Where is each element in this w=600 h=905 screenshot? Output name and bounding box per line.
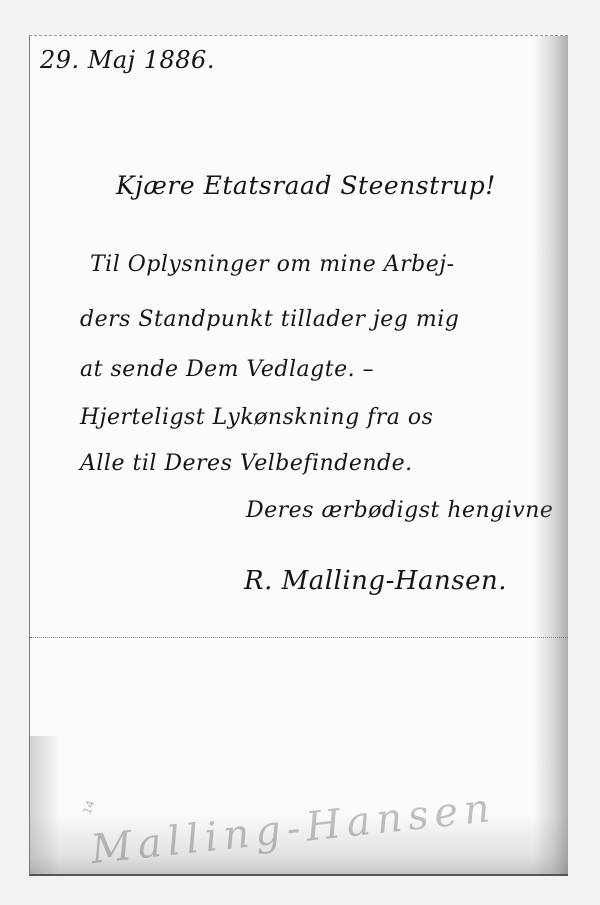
letter-page: 29. Maj 1886. Kjære Etatsraad Steenstrup… <box>29 35 568 876</box>
letter-date: 29. Maj 1886. <box>40 46 215 74</box>
body-line-4: Hjerteligst Lykønskning fra os <box>80 405 433 430</box>
scanned-letter: 29. Maj 1886. Kjære Etatsraad Steenstrup… <box>0 0 600 905</box>
body-line-1: Til Oplysninger om mine Arbej- <box>90 252 455 277</box>
letter-salutation: Kjære Etatsraad Steenstrup! <box>116 171 496 200</box>
letter-closing: Deres ærbødigst hengivne <box>246 498 553 523</box>
body-line-5: Alle til Deres Velbefindende. <box>80 451 413 476</box>
body-line-2: ders Standpunkt tillader jeg mig <box>80 307 459 332</box>
body-line-3: at sende Dem Vedlagte. – <box>80 357 374 382</box>
letter-signature: R. Malling-Hansen. <box>244 566 507 596</box>
fold-line <box>30 637 568 638</box>
